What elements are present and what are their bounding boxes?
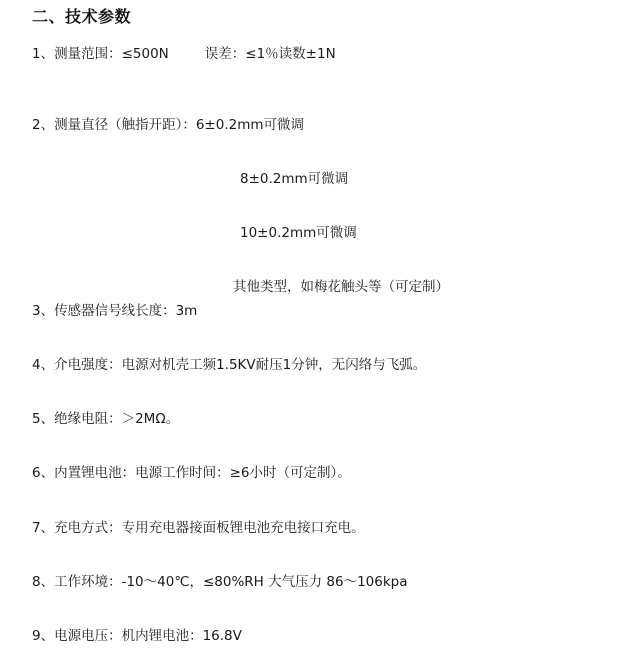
spec-dielectric-strength: 4、介电强度：电源对机壳工频1.5KV耐压1分钟，无闪络与飞弧。 <box>32 356 426 374</box>
section-heading: 二、技术参数 <box>32 4 131 27</box>
spec-diameter: 2、测量直径（触指开距）：6±0.2mm可微调 <box>32 116 304 134</box>
spec-diameter-option-10: 10±0.2mm可微调 <box>240 224 357 242</box>
spec-insulation-resistance: 5、绝缘电阻：＞2MΩ。 <box>32 410 179 428</box>
spec-measurement-range: 1、测量范围：≤500N误差：≤1％读数±1N <box>32 45 336 63</box>
spec-power-voltage: 9、电源电压：机内锂电池：16.8V <box>32 627 242 645</box>
spec-sensor-cable: 3、传感器信号线长度：3m <box>32 302 197 320</box>
spec-measurement-range-text: 1、测量范围：≤500N <box>32 46 169 62</box>
spec-battery: 6、内置锂电池：电源工作时间：≥6小时（可定制）。 <box>32 464 351 482</box>
spec-charging: 7、充电方式：专用充电器接面板锂电池充电接口充电。 <box>32 519 365 537</box>
spec-error-text: 误差：≤1％读数±1N <box>205 46 336 62</box>
spec-diameter-option-other: 其他类型，如梅花触头等（可定制） <box>233 278 449 296</box>
document-page: 二、技术参数 1、测量范围：≤500N误差：≤1％读数±1N 2、测量直径（触指… <box>0 0 623 669</box>
spec-diameter-option-8: 8±0.2mm可微调 <box>240 170 348 188</box>
spec-environment: 8、工作环境：-10～40℃，≤80%RH 大气压力 86～106kpa <box>32 573 408 591</box>
